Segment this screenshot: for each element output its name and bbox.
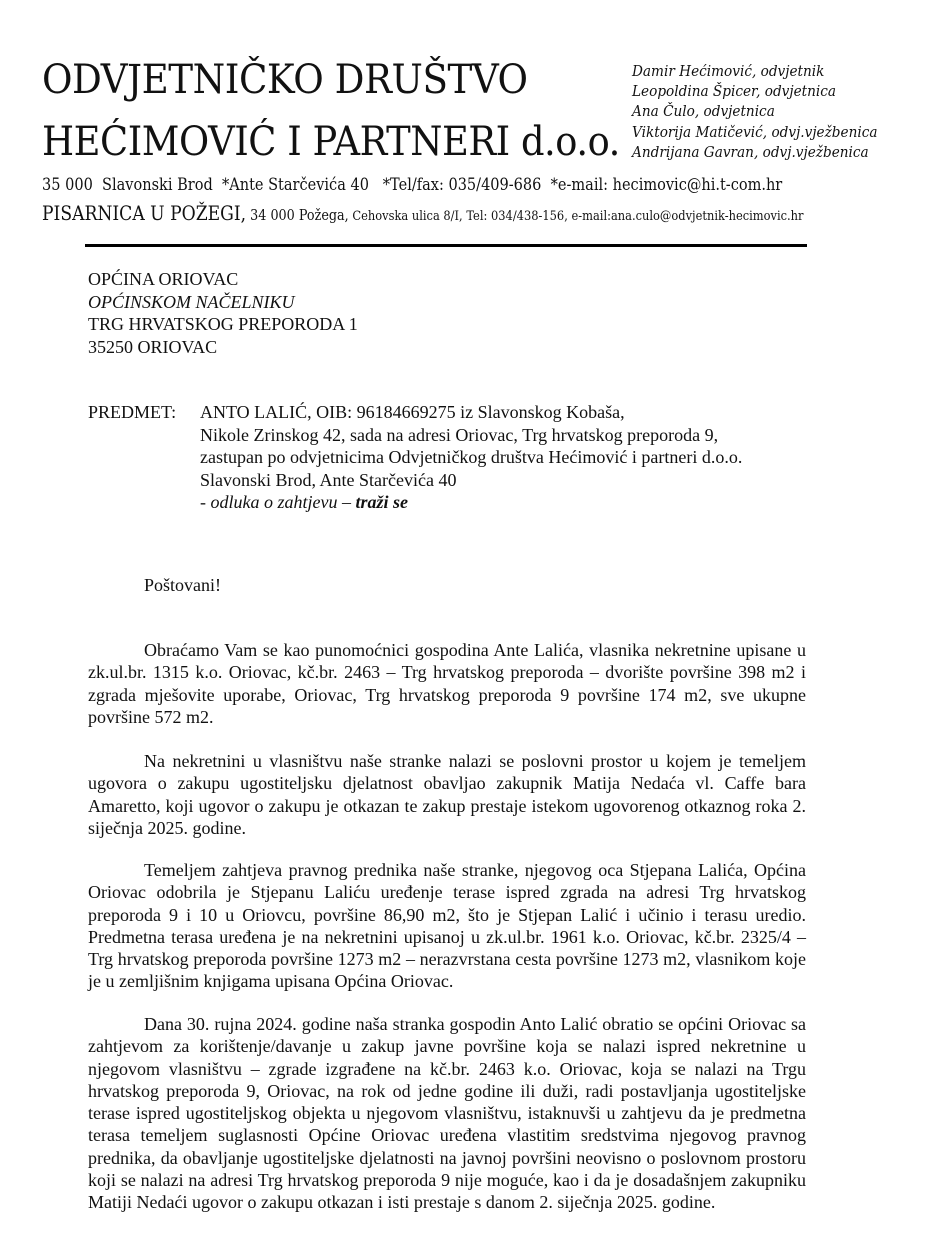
subject-line: zastupan po odvjetnicima Odvjetničkog dr… xyxy=(200,446,742,469)
firm-address-line: 35 000 Slavonski Brod *Ante Starčevića 4… xyxy=(42,174,782,196)
subject-request-bold: traži se xyxy=(355,492,408,512)
body-paragraph: Obraćamo Vam se kao punomoćnici gospodin… xyxy=(88,639,806,728)
branch-office-line: PISARNICA U POŽEGI, 34 000 Požega, Cehov… xyxy=(42,202,804,225)
recipient-line: OPĆINSKOM NAČELNIKU xyxy=(88,291,358,314)
partner-item: Leopoldina Špicer, odvjetnica xyxy=(632,82,878,102)
subject-line: Slavonski Brod, Ante Starčevića 40 xyxy=(200,469,742,492)
partner-item: Damir Hećimović, odvjetnik xyxy=(632,62,878,82)
subject-request: - odluka o zahtjevu – traži se xyxy=(200,491,742,514)
body-paragraph: Temeljem zahtjeva pravnog prednika naše … xyxy=(88,859,806,993)
branch-office-details: Cehovska ulica 8/I, Tel: 034/438-156, e-… xyxy=(349,209,804,224)
recipient-line: 35250 ORIOVAC xyxy=(88,336,358,359)
subject-line: ANTO LALIĆ, OIB: 96184669275 iz Slavonsk… xyxy=(200,401,742,424)
header-divider xyxy=(85,244,807,247)
partners-list: Damir Hećimović, odvjetnik Leopoldina Šp… xyxy=(632,62,878,163)
body-paragraph: Na nekretnini u vlasništvu naše stranke … xyxy=(88,750,806,839)
document-page: ODVJETNIČKO DRUŠTVO HEĆIMOVIĆ I PARTNERI… xyxy=(0,0,937,1254)
partner-item: Viktorija Matičević, odvj.vježbenica xyxy=(632,123,878,143)
recipient-line: TRG HRVATSKOG PREPORODA 1 xyxy=(88,313,358,336)
partner-item: Ana Čulo, odvjetnica xyxy=(632,102,878,122)
firm-name-line1: ODVJETNIČKO DRUŠTVO xyxy=(42,56,528,104)
body-paragraph: Dana 30. rujna 2024. godine naša stranka… xyxy=(88,1013,806,1214)
branch-office-label: PISARNICA U POŽEGI, xyxy=(42,202,246,225)
subject-label: PREDMET: xyxy=(88,401,176,424)
subject-body: ANTO LALIĆ, OIB: 96184669275 iz Slavonsk… xyxy=(200,401,742,514)
firm-name-line2: HEĆIMOVIĆ I PARTNERI d.o.o. xyxy=(42,118,620,166)
branch-office-city: 34 000 Požega, xyxy=(246,208,349,224)
subject-request-prefix: - odluka o zahtjevu – xyxy=(200,492,355,512)
subject-line: Nikole Zrinskog 42, sada na adresi Oriov… xyxy=(200,424,742,447)
greeting: Poštovani! xyxy=(144,574,221,596)
partner-item: Andrijana Gavran, odvj.vježbenica xyxy=(632,143,878,163)
recipient-block: OPĆINA ORIOVAC OPĆINSKOM NAČELNIKU TRG H… xyxy=(88,268,358,358)
recipient-line: OPĆINA ORIOVAC xyxy=(88,268,358,291)
